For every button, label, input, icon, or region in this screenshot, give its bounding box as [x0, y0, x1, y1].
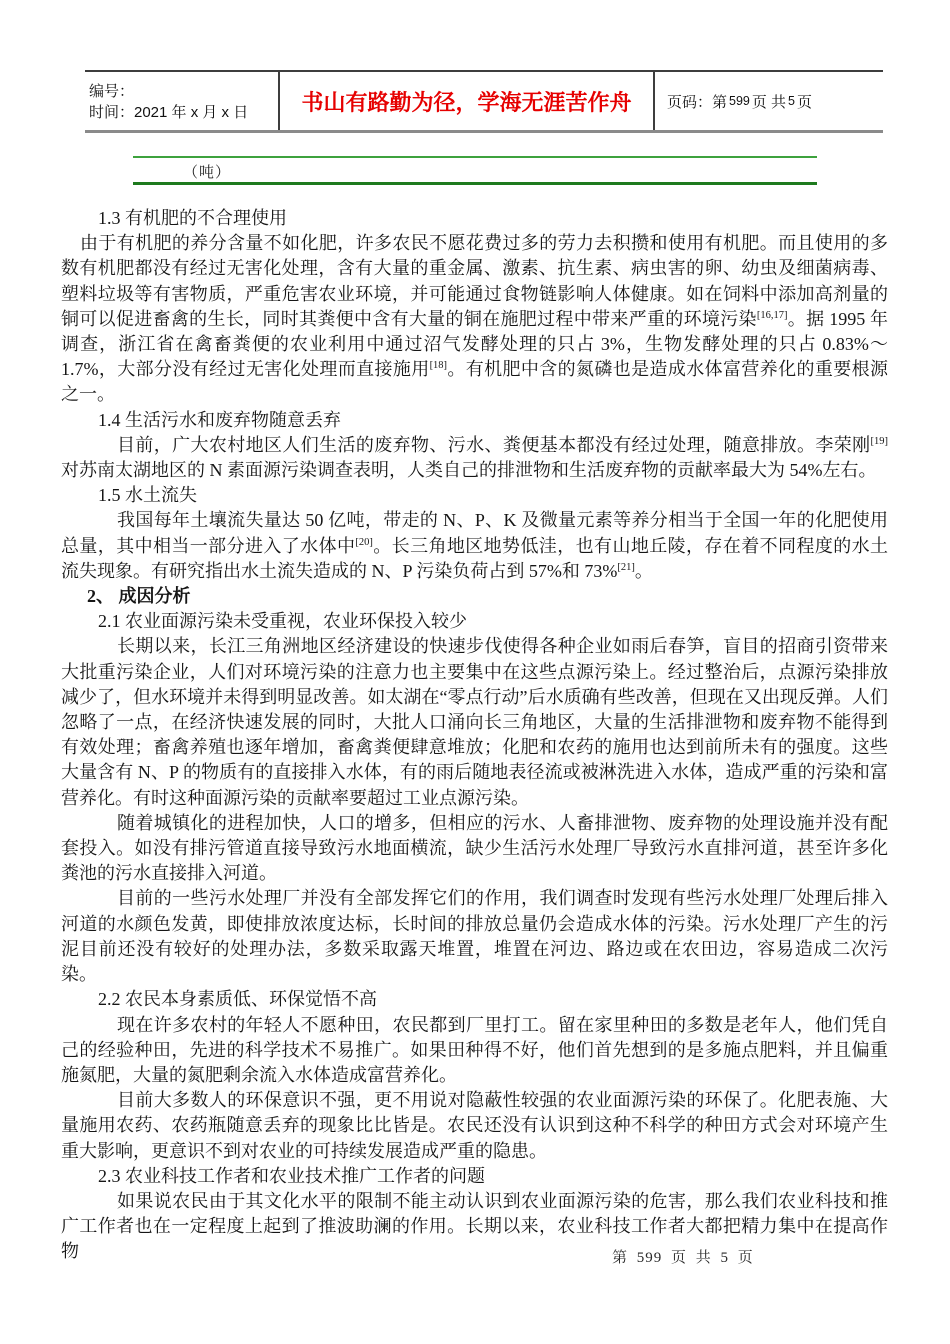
- header-cell-meta: 编号： 时间：2021 年 x 月 x 日: [85, 72, 280, 130]
- section-heading: 2.3 农业科技工作者和农业技术推广工作者的问题: [61, 1164, 888, 1189]
- section-heading: 2、 成因分析: [61, 584, 888, 609]
- section-heading: 1.5 水土流失: [61, 483, 888, 508]
- paragraph: 现在许多农村的年轻人不愿种田，农民都到厂里打工。留在家里种田的多数是老年人，他们…: [61, 1013, 888, 1089]
- unit-label: （吨）: [183, 161, 231, 182]
- page-info-mid: 页 共: [752, 91, 786, 112]
- citation-ref: [16,17]: [757, 310, 788, 321]
- doc-number-label: 编号：: [89, 81, 274, 102]
- table-fragment: （吨）: [133, 156, 817, 185]
- slogan-text: 书山有路勤为径，学海无涯苦作舟: [301, 86, 631, 117]
- paragraph: 我国每年土壤流失量达 50 亿吨，带走的 N、P、K 及微量元素等养分相当于全国…: [61, 508, 888, 584]
- paragraph: 随着城镇化的进程加快，人口的增多，但相应的污水、人畜排泄物、废弃物的处理设施并没…: [61, 811, 888, 887]
- citation-ref: [19]: [871, 436, 889, 447]
- paragraph: 由于有机肥的养分含量不如化肥，许多农民不愿花费过多的劳力去积攒和使用有机肥。而且…: [61, 231, 888, 407]
- header-cell-page: 页码：第599页 共5页: [655, 72, 883, 130]
- section-heading: 1.4 生活污水和废弃物随意丢弃: [61, 408, 888, 433]
- citation-ref: [20]: [355, 537, 373, 548]
- paragraph: 目前的一些污水处理厂并没有全部发挥它们的作用，我们调查时发现有些污水处理厂处理后…: [61, 886, 888, 987]
- footer-page-number: 第 599 页 共 5 页: [612, 1246, 754, 1267]
- page-info-total: 5: [786, 94, 797, 108]
- page-info-prefix: 页码：第: [667, 91, 727, 112]
- paragraph: 长期以来，长江三角洲地区经济建设的快速步伐使得各种企业如雨后春笋，盲目的招商引资…: [61, 634, 888, 810]
- document-body: 1.3 有机肥的不合理使用由于有机肥的养分含量不如化肥，许多农民不愿花费过多的劳…: [61, 206, 888, 1265]
- section-heading: 2.1 农业面源污染未受重视，农业环保投入较少: [61, 609, 888, 634]
- paragraph: 目前，广大农村地区人们生活的废弃物、污水、粪便基本都没有经过处理，随意排放。李荣…: [61, 433, 888, 483]
- section-heading: 2.2 农民本身素质低、环保觉悟不高: [61, 987, 888, 1012]
- doc-time-label: 时间：2021 年 x 月 x 日: [89, 102, 274, 123]
- paragraph: 如果说农民由于其文化水平的限制不能主动认识到农业面源污染的危害，那么我们农业科技…: [61, 1189, 888, 1265]
- paragraph: 目前大多数人的环保意识不强，更不用说对隐蔽性较强的农业面源污染的环保了。化肥表施…: [61, 1088, 888, 1164]
- page-info-number: 599: [727, 94, 752, 108]
- section-heading: 1.3 有机肥的不合理使用: [61, 206, 888, 231]
- citation-ref: [18]: [430, 360, 448, 371]
- document-page: 编号： 时间：2021 年 x 月 x 日 书山有路勤为径，学海无涯苦作舟 页码…: [0, 0, 950, 1344]
- header-cell-slogan: 书山有路勤为径，学海无涯苦作舟: [280, 72, 655, 130]
- page-info-suffix: 页: [797, 91, 812, 112]
- citation-ref: [21]: [617, 562, 635, 573]
- header-table: 编号： 时间：2021 年 x 月 x 日 书山有路勤为径，学海无涯苦作舟 页码…: [85, 70, 883, 133]
